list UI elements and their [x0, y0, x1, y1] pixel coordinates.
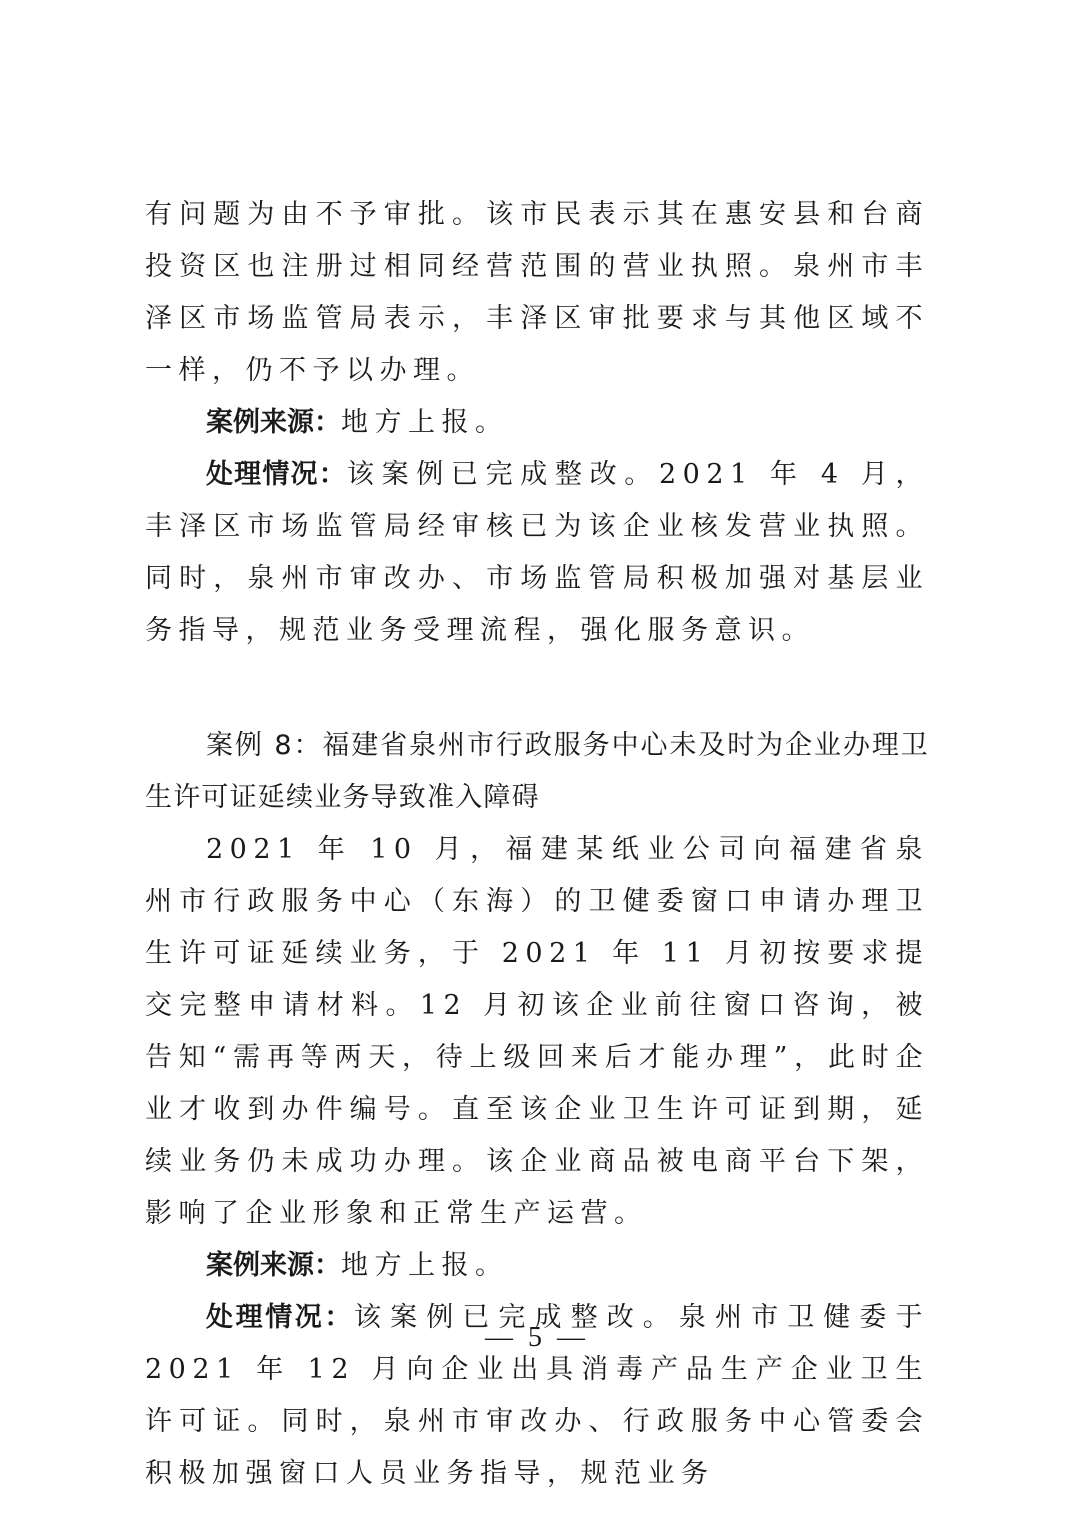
- case8-body-paragraph: 2021 年 10 月，福建某纸业公司向福建省泉州市行政服务中心（东海）的卫健委…: [145, 824, 929, 1240]
- case-source-text: 地方上报。: [341, 407, 509, 438]
- page-number: — 5 —: [0, 1322, 1074, 1354]
- case-source-text: 地方上报。: [341, 1250, 509, 1281]
- case-source-label: 案例来源：: [206, 407, 341, 438]
- case8-source-paragraph: 案例来源：地方上报。: [145, 1240, 929, 1292]
- case-source-label: 案例来源：: [206, 1250, 341, 1281]
- case7-handling-paragraph: 处理情况：该案例已完成整改。2021 年 4 月，丰泽区市场监管局经审核已为该企…: [145, 449, 929, 657]
- continuation-paragraph: 有问题为由不予审批。该市民表示其在惠安县和台商投资区也注册过相同经营范围的营业执…: [145, 189, 929, 397]
- handling-label: 处理情况：: [206, 459, 347, 490]
- document-page: 有问题为由不予审批。该市民表示其在惠安县和台商投资区也注册过相同经营范围的营业执…: [0, 0, 1074, 1520]
- case8-heading: 案例 8：福建省泉州市行政服务中心未及时为企业办理卫生许可证延续业务导致准入障碍: [145, 720, 929, 824]
- case7-source-paragraph: 案例来源：地方上报。: [145, 397, 929, 449]
- page-content: 有问题为由不予审批。该市民表示其在惠安县和台商投资区也注册过相同经营范围的营业执…: [145, 189, 929, 1500]
